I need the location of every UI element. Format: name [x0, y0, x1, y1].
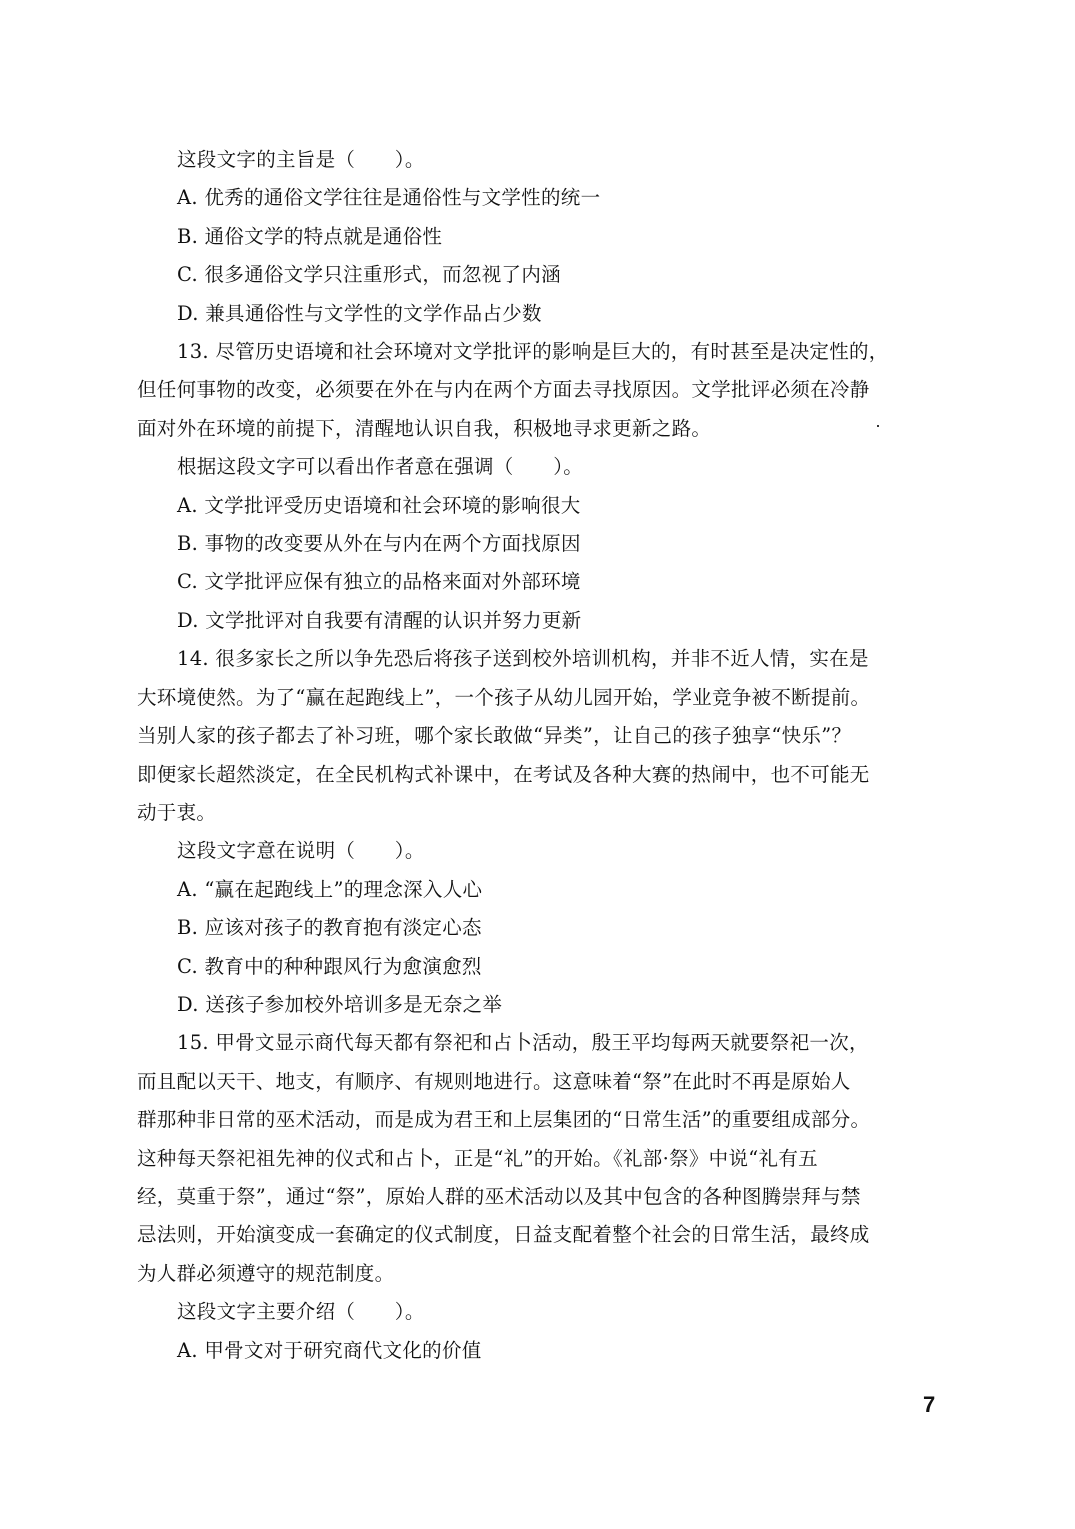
- option-b: B. 通俗文学的特点就是通俗性: [137, 218, 937, 256]
- option-d: D. 文学批评对自我要有清醒的认识并努力更新: [137, 602, 937, 640]
- option-a: A. 甲骨文对于研究商代文化的价值: [137, 1332, 937, 1370]
- option-a: A. 文学批评受历史语境和社会环境的影响很大: [137, 487, 937, 525]
- question-15: 15. 甲骨文显示商代每天都有祭祀和占卜活动，殷王平均每两天就要祭祀一次， 而且…: [137, 1024, 937, 1370]
- option-b: B. 应该对孩子的教育抱有淡定心态: [137, 909, 937, 947]
- question-stem: 这段文字主要介绍（ ）。: [137, 1293, 937, 1331]
- passage-line: 当别人家的孩子都去了补习班，哪个家长敢做“异类”，让自己的孩子独享“快乐”？: [137, 717, 937, 755]
- option-c: C. 教育中的种种跟风行为愈演愈烈: [137, 948, 937, 986]
- question-passage: 13. 尽管历史语境和社会环境对文学批评的影响是巨大的，有时甚至是决定性的， 但…: [137, 333, 937, 448]
- option-a: A. 优秀的通俗文学往往是通俗性与文学性的统一: [137, 179, 937, 217]
- option-b: B. 事物的改变要从外在与内在两个方面找原因: [137, 525, 937, 563]
- question-passage: 14. 很多家长之所以争先恐后将孩子送到校外培训机构，并非不近人情，实在是 大环…: [137, 640, 937, 832]
- option-c: C. 很多通俗文学只注重形式，而忽视了内涵: [137, 256, 937, 294]
- option-d: D. 送孩子参加校外培训多是无奈之举: [137, 986, 937, 1024]
- passage-line: 动于衷。: [137, 794, 937, 832]
- option-a: A. “赢在起跑线上”的理念深入人心: [137, 871, 937, 909]
- option-d: D. 兼具通俗性与文学性的文学作品占少数: [137, 295, 937, 333]
- question-passage: 15. 甲骨文显示商代每天都有祭祀和占卜活动，殷王平均每两天就要祭祀一次， 而且…: [137, 1024, 937, 1293]
- passage-line: 为人群必须遵守的规范制度。: [137, 1255, 937, 1293]
- passage-line: 15. 甲骨文显示商代每天都有祭祀和占卜活动，殷王平均每两天就要祭祀一次，: [137, 1024, 937, 1062]
- question-stem: 这段文字意在说明（ ）。: [137, 832, 937, 870]
- document-page: 这段文字的主旨是（ ）。 A. 优秀的通俗文学往往是通俗性与文学性的统一 B. …: [137, 141, 937, 1370]
- option-c: C. 文学批评应保有独立的品格来面对外部环境: [137, 563, 937, 601]
- question-12: 这段文字的主旨是（ ）。 A. 优秀的通俗文学往往是通俗性与文学性的统一 B. …: [137, 141, 937, 333]
- passage-line: 13. 尽管历史语境和社会环境对文学批评的影响是巨大的，有时甚至是决定性的，: [137, 333, 937, 371]
- question-14: 14. 很多家长之所以争先恐后将孩子送到校外培训机构，并非不近人情，实在是 大环…: [137, 640, 937, 1024]
- passage-line: 14. 很多家长之所以争先恐后将孩子送到校外培训机构，并非不近人情，实在是: [137, 640, 937, 678]
- scan-speck: [877, 425, 879, 427]
- question-13: 13. 尽管历史语境和社会环境对文学批评的影响是巨大的，有时甚至是决定性的， 但…: [137, 333, 937, 640]
- passage-line: 忌法则，开始演变成一套确定的仪式制度，日益支配着整个社会的日常生活，最终成: [137, 1216, 937, 1254]
- passage-line: 而且配以天干、地支，有顺序、有规则地进行。这意味着“祭”在此时不再是原始人: [137, 1063, 937, 1101]
- page-number: 7: [923, 1392, 935, 1418]
- question-stem: 这段文字的主旨是（ ）。: [137, 141, 937, 179]
- passage-line: 群那种非日常的巫术活动，而是成为君王和上层集团的“日常生活”的重要组成部分。: [137, 1101, 937, 1139]
- passage-line: 即便家长超然淡定，在全民机构式补课中，在考试及各种大赛的热闹中，也不可能无: [137, 756, 937, 794]
- passage-line: 大环境使然。为了“赢在起跑线上”，一个孩子从幼儿园开始，学业竞争被不断提前。: [137, 679, 937, 717]
- question-stem: 根据这段文字可以看出作者意在强调（ ）。: [137, 448, 937, 486]
- passage-line: 这种每天祭祀祖先神的仪式和占卜，正是“礼”的开始。《礼部·祭》中说“礼有五: [137, 1140, 937, 1178]
- passage-line: 但任何事物的改变，必须要在外在与内在两个方面去寻找原因。文学批评必须在冷静: [137, 371, 937, 409]
- passage-line: 面对外在环境的前提下，清醒地认识自我，积极地寻求更新之路。: [137, 410, 937, 448]
- passage-line: 经，莫重于祭”，通过“祭”，原始人群的巫术活动以及其中包含的各种图腾崇拜与禁: [137, 1178, 937, 1216]
